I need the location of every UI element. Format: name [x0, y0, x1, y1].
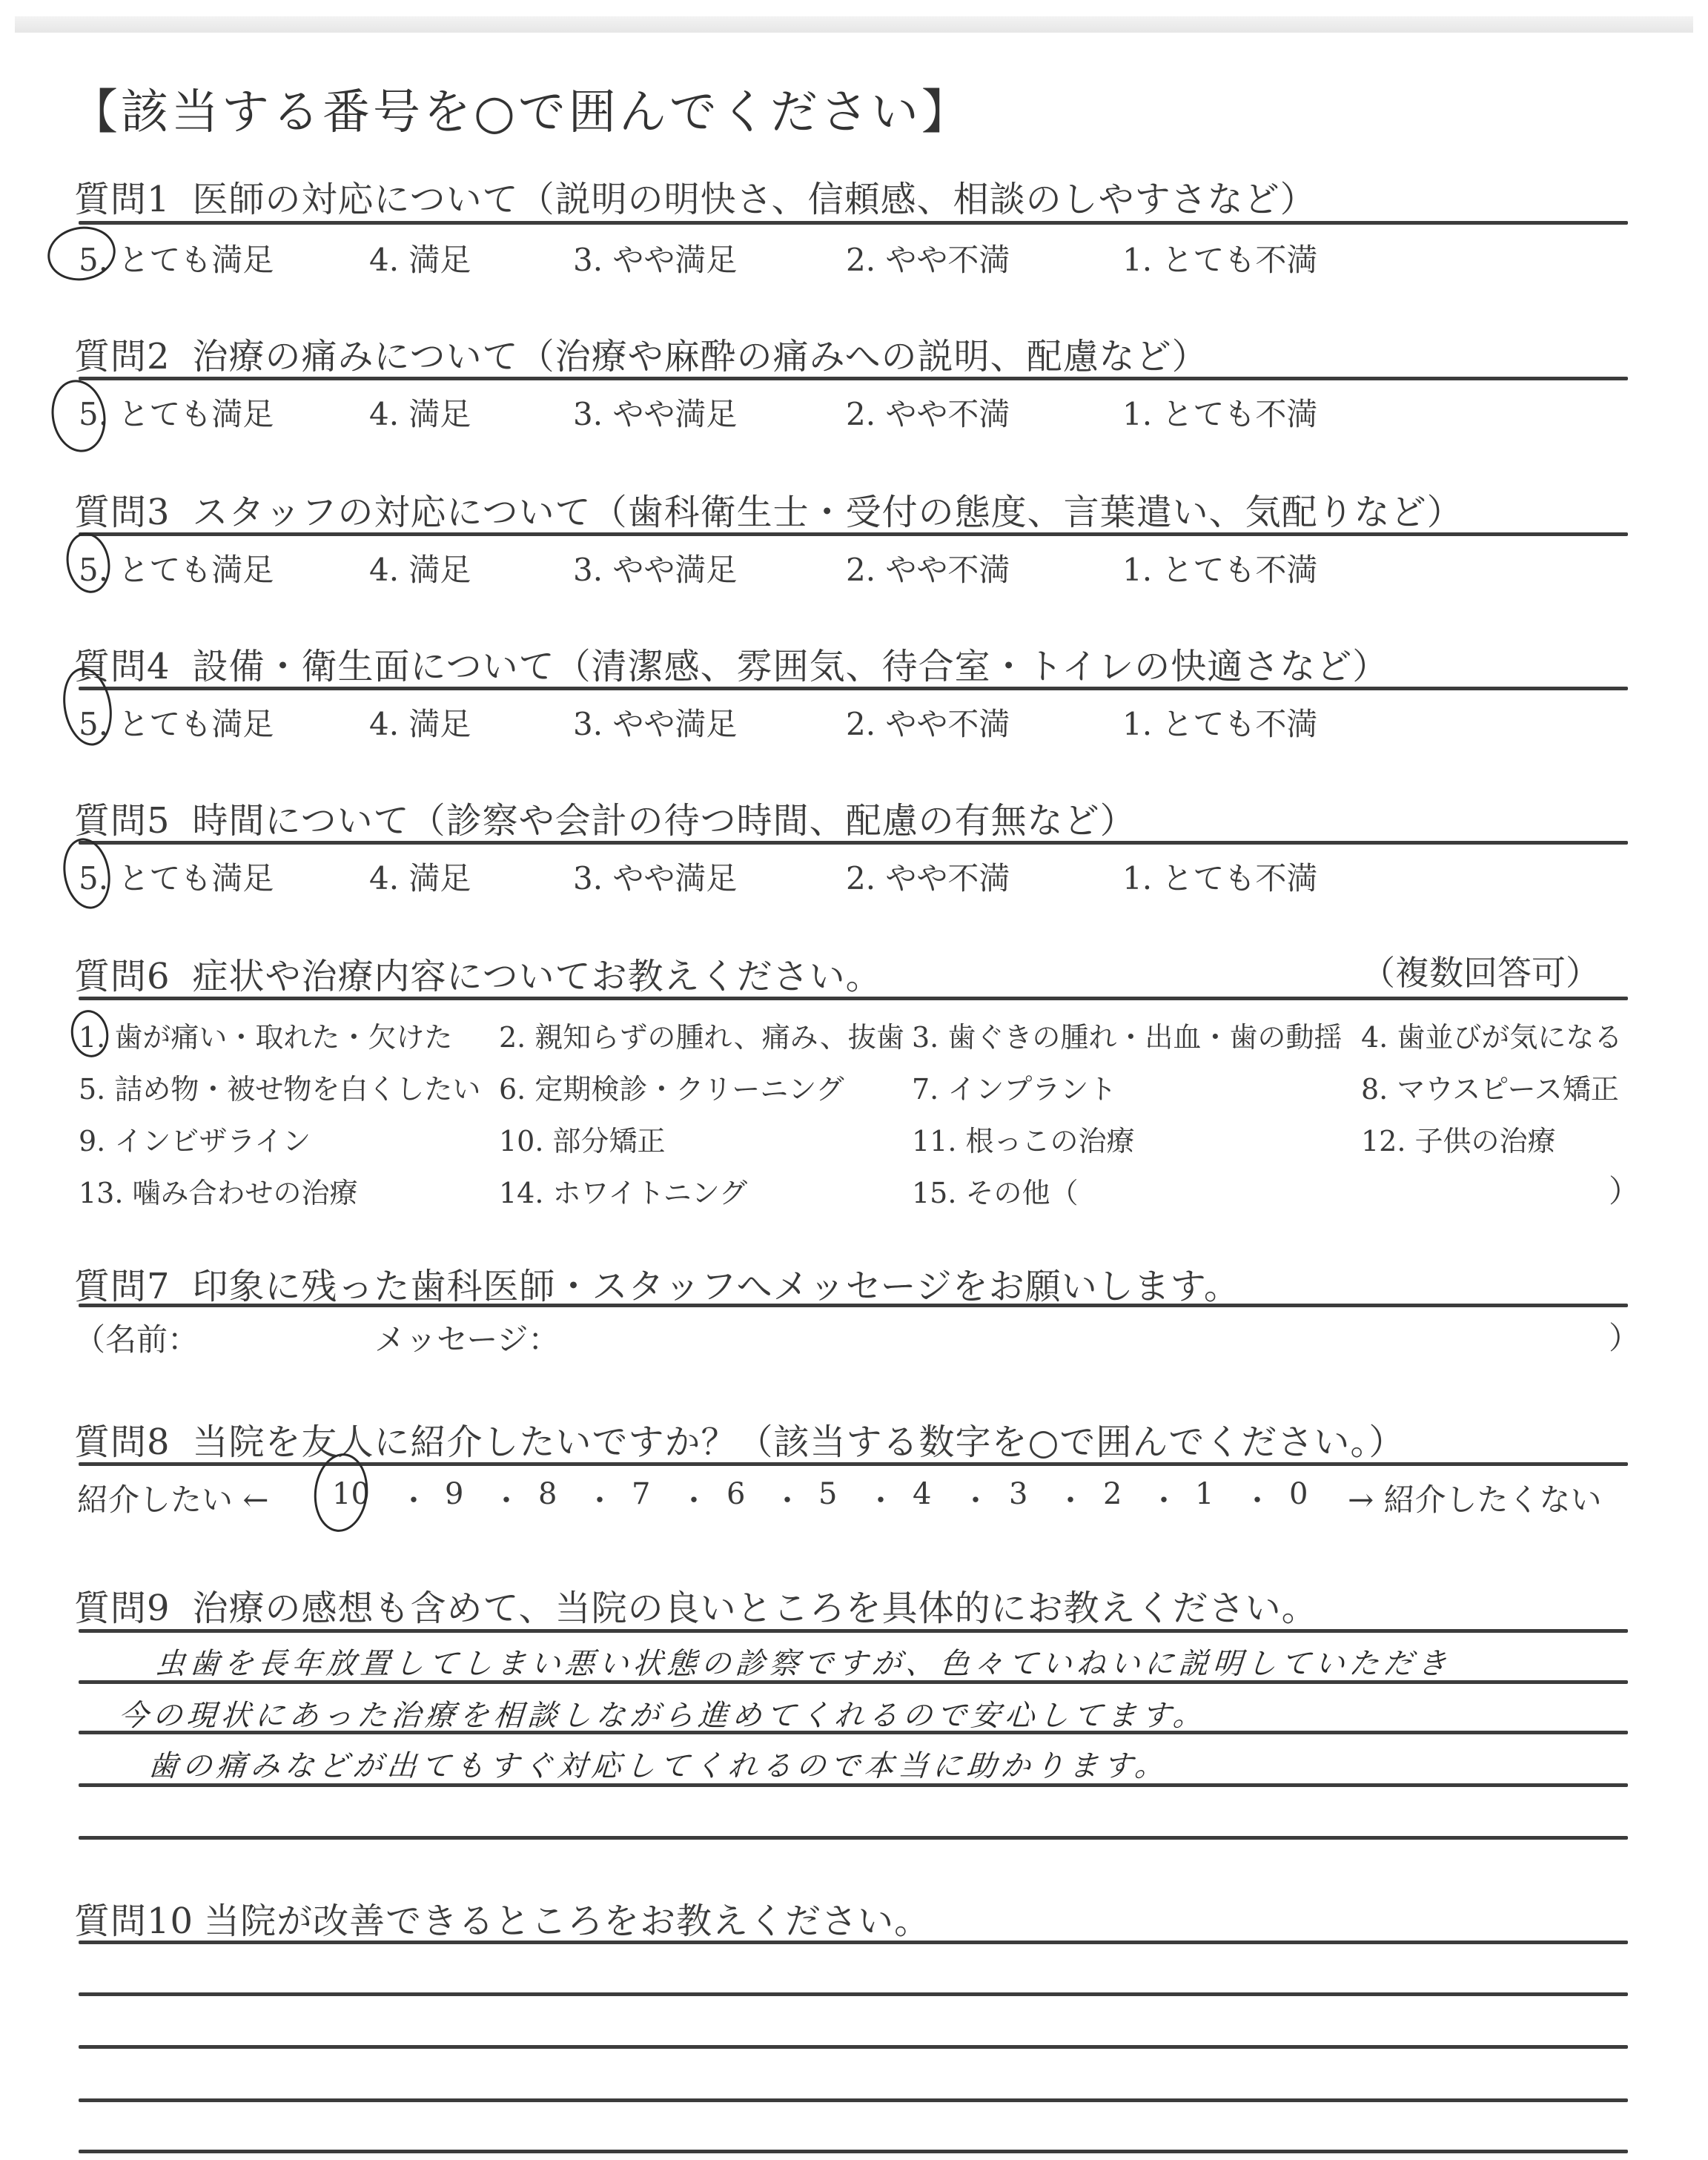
q4-option-2[interactable]: 2. やや不満	[846, 700, 1010, 744]
scale-7[interactable]: 7	[632, 1477, 650, 1511]
q5-option-3[interactable]: 3. やや満足	[573, 854, 737, 899]
question-number: 質問9	[74, 1588, 171, 1629]
scale-separator: ・	[491, 1477, 521, 1519]
q6-option-13[interactable]: 13. 噛み合わせの治療	[79, 1170, 358, 1211]
scale-separator: ・	[1056, 1477, 1085, 1519]
name-label: （名前：	[74, 1315, 199, 1360]
question-text: 当院を友人に紹介したいですか？（該当する数字を○で囲んでください。）	[193, 1421, 1406, 1463]
scale-6[interactable]: 6	[726, 1477, 745, 1511]
other-close-paren: ）	[1609, 1167, 1640, 1212]
question-3-heading: 質問3スタッフの対応について（歯科衛生士・受付の態度、言葉遣い、気配りなど）	[74, 483, 1463, 535]
scale-separator: ・	[399, 1477, 428, 1519]
q3-option-4[interactable]: 4. 満足	[369, 546, 471, 590]
question-2-rule	[79, 377, 1628, 380]
q2-option-1[interactable]: 1. とても不満	[1122, 390, 1317, 435]
answer-line	[79, 1731, 1628, 1734]
question-text: 治療の痛みについて（治療や麻酔の痛みへの説明、配慮など）	[193, 336, 1208, 377]
q6-option-11[interactable]: 11. 根っこの治療	[912, 1118, 1135, 1159]
q6-option-14[interactable]: 14. ホワイトニング	[499, 1170, 747, 1211]
question-8-heading: 質問8当院を友人に紹介したいですか？（該当する数字を○で囲んでください。）	[74, 1413, 1405, 1464]
answer-line	[79, 1629, 1628, 1633]
q6-option-5[interactable]: 5. 詰め物・被せ物を白くしたい	[79, 1066, 480, 1107]
question-1-rule	[79, 221, 1628, 225]
message-close-paren: ）	[1609, 1314, 1640, 1358]
answer-line	[79, 1941, 1628, 1944]
answer-line	[79, 2045, 1628, 2049]
answer-line	[79, 2098, 1628, 2102]
question-3-rule	[79, 532, 1628, 536]
question-6-heading: 質問6症状や治療内容についてお教えください。	[74, 948, 882, 999]
question-number: 質問6	[74, 956, 171, 997]
recommend-yes-label: 紹介したい ←	[77, 1476, 269, 1520]
q5-option-2[interactable]: 2. やや不満	[846, 854, 1010, 899]
handwritten-answer-line-3[interactable]: 歯の痛みなどが出てもすぐ対応してくれるので本当に助かります。	[147, 1743, 1171, 1785]
q6-option-6[interactable]: 6. 定期検診・クリーニング	[499, 1066, 844, 1107]
question-text: 治療の感想も含めて、当院の良いところを具体的にお教えください。	[193, 1588, 1318, 1629]
question-text: 医師の対応について（説明の明快さ、信頼感、相談のしやすさなど）	[193, 179, 1317, 220]
scale-separator: ・	[772, 1477, 802, 1519]
question-5-rule	[79, 841, 1628, 845]
page-title: 【該当する番号を○で囲んでください】	[70, 74, 972, 142]
question-number: 質問2	[74, 336, 171, 377]
q5-option-1[interactable]: 1. とても不満	[1122, 854, 1317, 899]
q4-option-4[interactable]: 4. 満足	[369, 700, 471, 744]
q6-option-9[interactable]: 9. インビザライン	[79, 1118, 311, 1159]
q6-option-10[interactable]: 10. 部分矯正	[499, 1118, 666, 1159]
q1-option-1[interactable]: 1. とても不満	[1122, 236, 1317, 280]
question-4-rule	[79, 687, 1628, 690]
message-field[interactable]	[563, 1315, 1586, 1353]
question-text: 症状や治療内容についてお教えください。	[193, 956, 882, 997]
question-text: 設備・衛生面について（清潔感、雰囲気、待合室・トイレの快適さなど）	[193, 646, 1389, 687]
scan-top-edge	[15, 16, 1693, 33]
q6-option-12[interactable]: 12. 子供の治療	[1361, 1118, 1556, 1159]
question-number: 質問10	[74, 1900, 193, 1942]
question-text: 印象に残った歯科医師・スタッフへメッセージをお願いします。	[193, 1266, 1240, 1307]
q4-option-1[interactable]: 1. とても不満	[1122, 700, 1317, 744]
q6-option-15-other[interactable]: 15. その他（	[912, 1170, 1079, 1211]
q3-option-3[interactable]: 3. やや満足	[573, 546, 737, 590]
question-text: スタッフの対応について（歯科衛生士・受付の態度、言葉遣い、気配りなど）	[193, 492, 1463, 533]
q3-option-1[interactable]: 1. とても不満	[1122, 546, 1317, 590]
multiple-answers-note: （複数回答可）	[1361, 946, 1600, 995]
q6-option-2[interactable]: 2. 親知らずの腫れ、痛み、抜歯	[499, 1014, 904, 1055]
scale-separator: ・	[1149, 1477, 1179, 1519]
handwritten-answer-line-2[interactable]: 今の現状にあった治療を相談しながら進めてくれるので安心してます。	[117, 1692, 1208, 1734]
q1-option-4[interactable]: 4. 満足	[369, 236, 471, 280]
scale-3[interactable]: 3	[1009, 1477, 1027, 1511]
scale-separator: ・	[961, 1477, 990, 1519]
message-label: メッセージ：	[374, 1315, 559, 1360]
q6-option-1[interactable]: 1. 歯が痛い・取れた・欠けた	[79, 1014, 452, 1055]
question-10-heading: 質問10当院が改善できるところをお教えください。	[74, 1892, 930, 1943]
q6-option-3[interactable]: 3. 歯ぐきの腫れ・出血・歯の動揺	[912, 1014, 1342, 1055]
q1-option-3[interactable]: 3. やや満足	[573, 236, 737, 280]
q2-option-2[interactable]: 2. やや不満	[846, 390, 1010, 435]
scale-separator: ・	[866, 1477, 896, 1519]
q2-option-5[interactable]: 5. とても満足	[79, 390, 274, 435]
question-number: 質問1	[74, 179, 171, 220]
question-number: 質問5	[74, 800, 171, 842]
answer-line	[79, 1836, 1628, 1840]
q3-option-2[interactable]: 2. やや不満	[846, 546, 1010, 590]
scale-4[interactable]: 4	[913, 1477, 931, 1511]
question-6-rule	[79, 997, 1628, 1000]
q1-option-2[interactable]: 2. やや不満	[846, 236, 1010, 280]
question-number: 質問3	[74, 492, 171, 533]
answer-line	[79, 1783, 1628, 1787]
handwritten-answer-line-1[interactable]: 虫歯を長年放置してしまい悪い状態の診察ですが、色々ていねいに説明していただき	[154, 1640, 1453, 1682]
question-number: 質問8	[74, 1421, 171, 1463]
question-number: 質問7	[74, 1266, 171, 1307]
question-7-rule	[79, 1304, 1628, 1307]
scale-9[interactable]: 9	[445, 1477, 463, 1511]
question-text: 時間について（診察や会計の待つ時間、配慮の有無など）	[193, 800, 1136, 842]
q6-option-7[interactable]: 7. インプラント	[912, 1066, 1116, 1107]
question-9-heading: 質問9治療の感想も含めて、当院の良いところを具体的にお教えください。	[74, 1579, 1318, 1631]
q2-option-4[interactable]: 4. 満足	[369, 390, 471, 435]
answer-line	[79, 1992, 1628, 1996]
question-5-heading: 質問5時間について（診察や会計の待つ時間、配慮の有無など）	[74, 792, 1136, 843]
question-1-heading: 質問1医師の対応について（説明の明快さ、信頼感、相談のしやすさなど）	[74, 171, 1317, 222]
q6-option-4[interactable]: 4. 歯並びが気になる	[1361, 1014, 1622, 1055]
q6-option-8[interactable]: 8. マウスピース矯正	[1361, 1066, 1619, 1107]
selection-circle-mark	[58, 834, 116, 912]
question-7-heading: 質問7印象に残った歯科医師・スタッフへメッセージをお願いします。	[74, 1258, 1240, 1309]
question-8-rule	[79, 1462, 1628, 1466]
q5-option-4[interactable]: 4. 満足	[369, 854, 471, 899]
scale-separator: ・	[585, 1477, 615, 1519]
question-2-heading: 質問2治療の痛みについて（治療や麻酔の痛みへの説明、配慮など）	[74, 328, 1208, 379]
recommend-no-label: → 紹介したくない	[1348, 1476, 1602, 1520]
scale-separator: ・	[679, 1477, 709, 1519]
question-text: 当院が改善できるところをお教えください。	[204, 1900, 930, 1942]
scale-0[interactable]: 0	[1289, 1477, 1308, 1511]
scale-2[interactable]: 2	[1103, 1477, 1122, 1511]
q4-option-3[interactable]: 3. やや満足	[573, 700, 737, 744]
selection-circle-mark	[46, 375, 111, 456]
scale-separator: ・	[1242, 1477, 1272, 1519]
question-4-heading: 質問4設備・衛生面について（清潔感、雰囲気、待合室・トイレの快適さなど）	[74, 638, 1388, 689]
answer-line	[79, 1680, 1628, 1684]
scale-8[interactable]: 8	[538, 1477, 557, 1511]
scale-1[interactable]: 1	[1195, 1477, 1214, 1511]
answer-line	[79, 2150, 1628, 2153]
name-field[interactable]	[245, 1315, 356, 1353]
scale-5[interactable]: 5	[818, 1477, 837, 1511]
q2-option-3[interactable]: 3. やや満足	[573, 390, 737, 435]
